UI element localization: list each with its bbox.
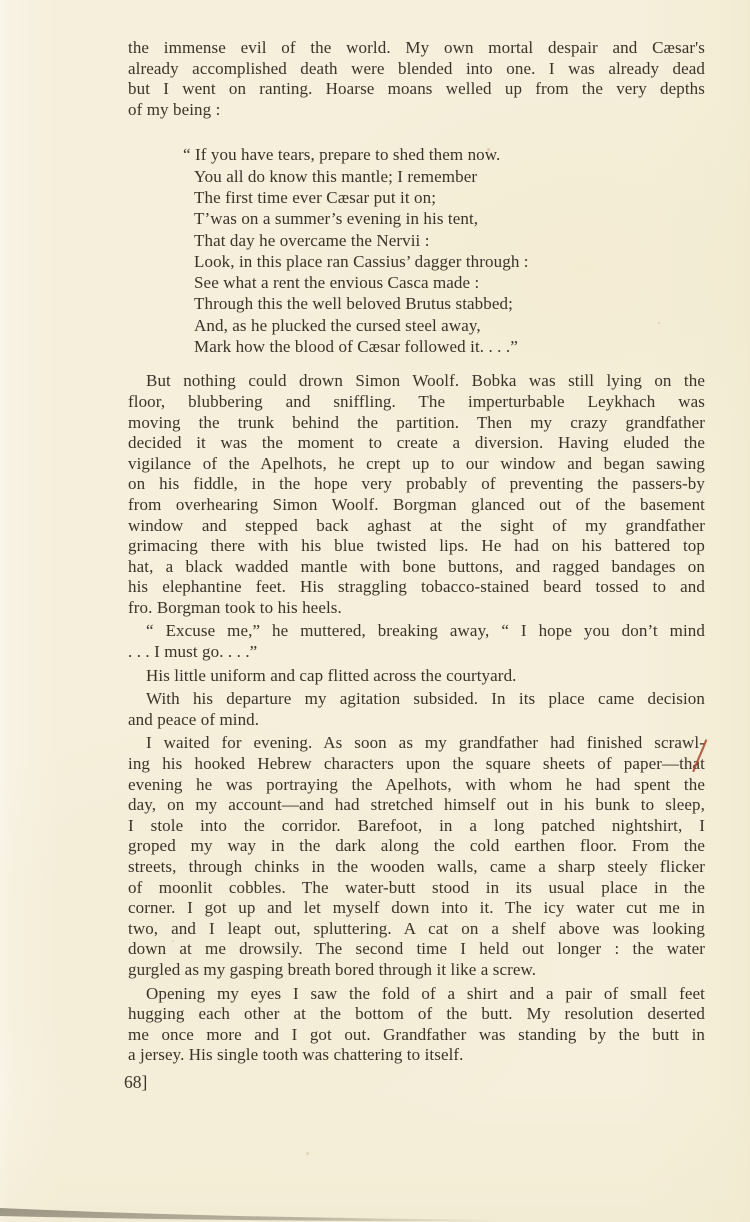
- page-number: 68]: [124, 1072, 147, 1093]
- text-line: fro. Borgman took to his heels.: [128, 598, 705, 619]
- text-line: and peace of mind.: [128, 710, 705, 731]
- page-bottom-edge-shadow: [0, 1206, 560, 1222]
- paragraph: “ Excuse me,” he muttered, breaking away…: [128, 621, 705, 662]
- text-line: two, and I leapt out, spluttering. A cat…: [128, 919, 705, 940]
- text-line: Opening my eyes I saw the fold of a shir…: [128, 984, 705, 1005]
- text-line: on his fiddle, in the hope very probably…: [128, 474, 705, 495]
- text-line: With his departure my agitation subsided…: [128, 689, 705, 710]
- text-line: down at me drowsily. The second time I h…: [128, 939, 705, 960]
- text-line: T’was on a summer’s evening in his tent,: [194, 208, 705, 229]
- paragraph: But nothing could drown Simon Woolf. Bob…: [128, 371, 705, 618]
- text-line: floor, blubbering and sniffling. The imp…: [128, 392, 705, 413]
- text-line: streets, through chinks in the wooden wa…: [128, 857, 705, 878]
- text-line: Mark how the blood of Cæsar followed it.…: [194, 336, 705, 357]
- text-line: ing his hooked Hebrew characters upon th…: [128, 754, 705, 775]
- text-line: grimacing there with his blue twisted li…: [128, 536, 705, 557]
- red-pen-mark-icon: [692, 739, 708, 773]
- text-line: groped my way in the dark along the cold…: [128, 836, 705, 857]
- text-line: evening he was portraying the Apelhots, …: [128, 775, 705, 796]
- paragraph: I waited for evening. As soon as my gran…: [128, 733, 705, 980]
- text-line: a jersey. His single tooth was chatterin…: [128, 1045, 705, 1066]
- text-line: corner. I got up and let myself down int…: [128, 898, 705, 919]
- text-line: But nothing could drown Simon Woolf. Bob…: [128, 371, 705, 392]
- text-line: moving the trunk behind the partition. T…: [128, 413, 705, 434]
- text-line: His little uniform and cap flitted acros…: [128, 666, 705, 687]
- text-line: from overhearing Simon Woolf. Borgman gl…: [128, 495, 705, 516]
- text-line: of my being :: [128, 100, 705, 121]
- text-column: the immense evil of the world. My own mo…: [128, 38, 705, 1066]
- text-line: decided it was the moment to create a di…: [128, 433, 705, 454]
- text-line: I waited for evening. As soon as my gran…: [128, 733, 705, 754]
- text-line: “ If you have tears, prepare to shed the…: [194, 144, 705, 165]
- text-line: the immense evil of the world. My own mo…: [128, 38, 705, 59]
- text-line: You all do know this mantle; I remember: [194, 166, 705, 187]
- paragraph: His little uniform and cap flitted acros…: [128, 666, 705, 687]
- text-line: See what a rent the envious Casca made :: [194, 272, 705, 293]
- text-line: of moonlit cobbles. The water-butt stood…: [128, 878, 705, 899]
- text-line: Look, in this place ran Cassius’ dagger …: [194, 251, 705, 272]
- verse-block: “ If you have tears, prepare to shed the…: [128, 144, 705, 357]
- text-line: but I went on ranting. Hoarse moans well…: [128, 79, 705, 100]
- text-line: day, on my account—and had stretched him…: [128, 795, 705, 816]
- text-line: already accomplished death were blended …: [128, 59, 705, 80]
- text-line: And, as he plucked the cursed steel away…: [194, 315, 705, 336]
- text-line: The first time ever Cæsar put it on;: [194, 187, 705, 208]
- text-line: me once more and I got out. Grandfather …: [128, 1025, 705, 1046]
- text-line: That day he overcame the Nervii :: [194, 230, 705, 251]
- text-line: I stole into the corridor. Barefoot, in …: [128, 816, 705, 837]
- text-line: vigilance of the Apelhots, he crept up t…: [128, 454, 705, 475]
- paragraph: the immense evil of the world. My own mo…: [128, 38, 705, 120]
- text-line: hugging each other at the bottom of the …: [128, 1004, 705, 1025]
- text-line: Through this the well beloved Brutus sta…: [194, 293, 705, 314]
- text-line: hat, a black wadded mantle with bone but…: [128, 557, 705, 578]
- text-line: gurgled as my gasping breath bored throu…: [128, 960, 705, 981]
- text-line: “ Excuse me,” he muttered, breaking away…: [128, 621, 705, 642]
- text-line: his elephantine feet. His straggling tob…: [128, 577, 705, 598]
- paragraph: With his departure my agitation subsided…: [128, 689, 705, 730]
- text-line: window and stepped back aghast at the si…: [128, 516, 705, 537]
- book-page-scan: the immense evil of the world. My own mo…: [0, 0, 750, 1222]
- text-line: . . . I must go. . . .”: [128, 642, 705, 663]
- paragraph: Opening my eyes I saw the fold of a shir…: [128, 984, 705, 1066]
